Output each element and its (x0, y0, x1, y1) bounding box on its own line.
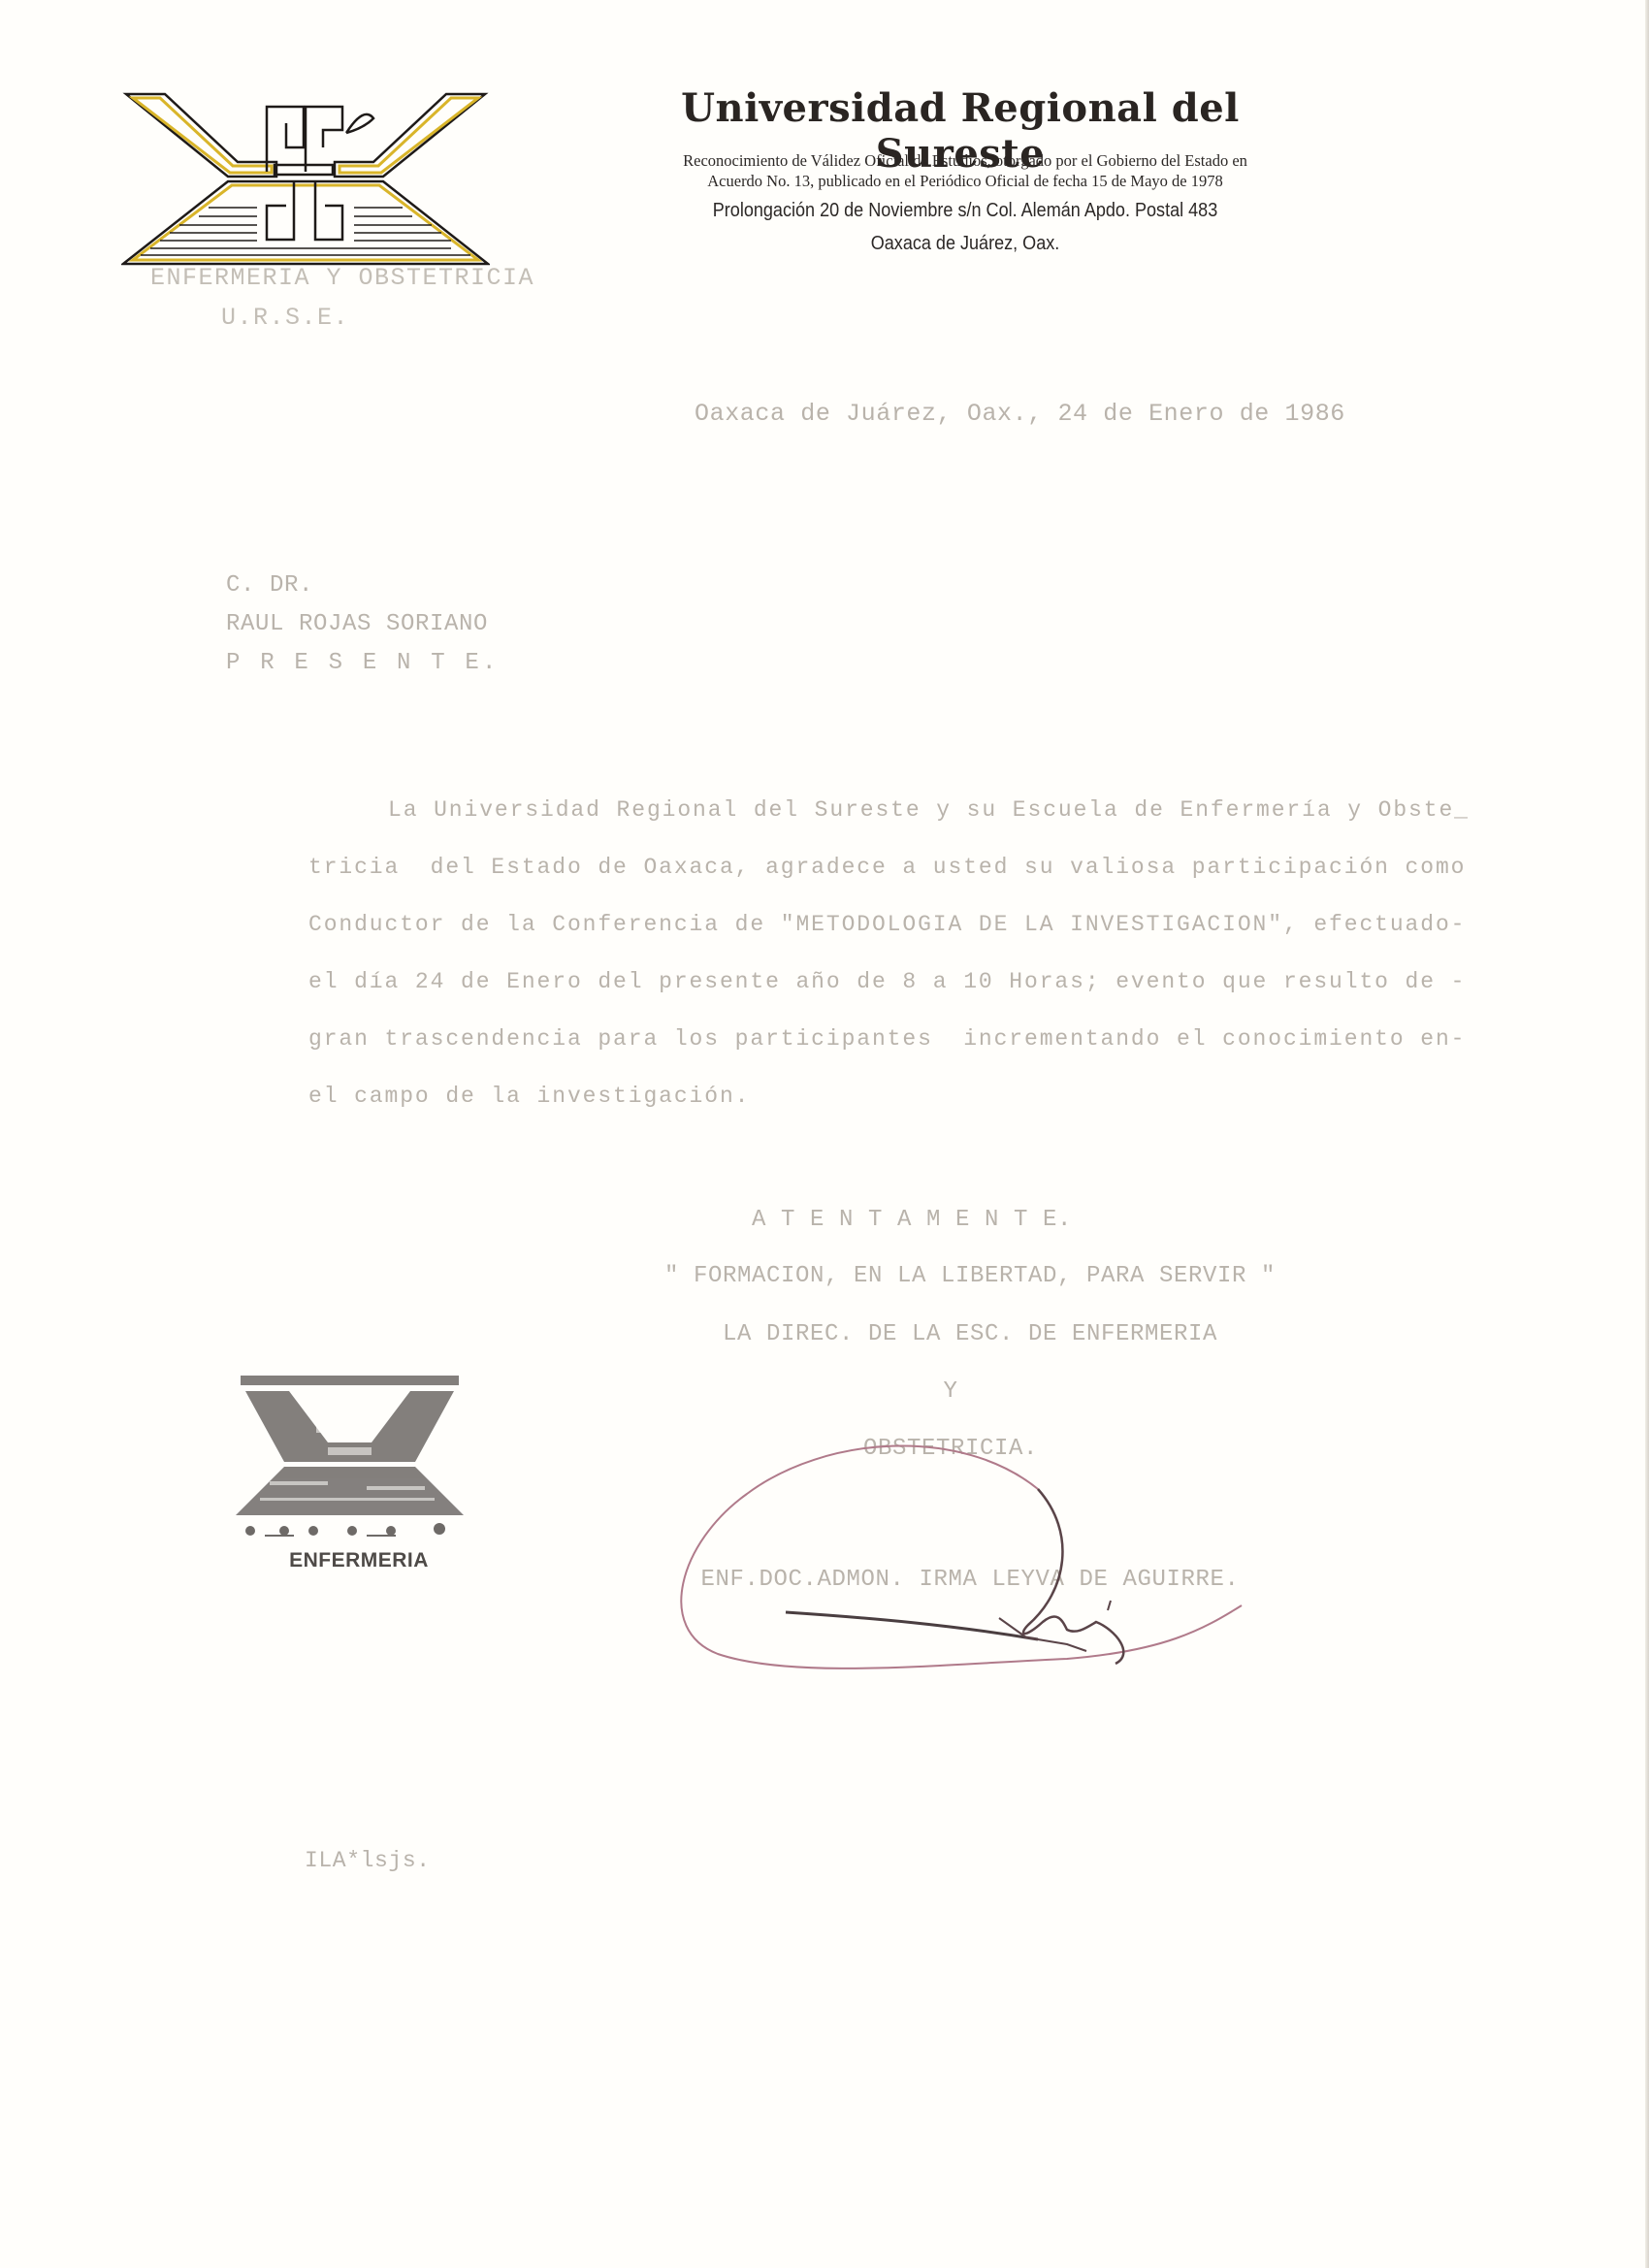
agreement-line: Acuerdo No. 13, publicado en el Periódic… (592, 172, 1339, 191)
valediction: A T E N T A M E N T E. (543, 1207, 1280, 1233)
body-line: gran trascendencia para los participante… (308, 1026, 1466, 1052)
body-line: Conductor de la Conferencia de "METODOLO… (308, 912, 1466, 937)
date-line: Oaxaca de Juárez, Oax., 24 de Enero de 1… (695, 400, 1345, 428)
address-line: Prolongación 20 de Noviembre s/n Col. Al… (636, 199, 1294, 222)
body-line: el día 24 de Enero del presente año de 8… (308, 969, 1466, 994)
body-line: tricia del Estado de Oaxaca, agradece a … (308, 855, 1466, 880)
department-name: ENFERMERIA Y OBSTETRICIA (150, 264, 534, 292)
school-stamp-icon (231, 1370, 469, 1544)
recipient-name: RAUL ROJAS SORIANO (226, 611, 488, 637)
page-edge (1645, 0, 1649, 2268)
motto: " FORMACION, EN LA LIBERTAD, PARA SERVIR… (601, 1263, 1339, 1289)
signature-icon (660, 1397, 1280, 1688)
stamp-label: ENFERMERIA (262, 1549, 456, 1572)
reference-initials: ILA*lsjs. (305, 1848, 431, 1873)
city-line: Oaxaca de Juárez, Oax. (636, 232, 1294, 255)
department-abbreviation: U.R.S.E. (221, 304, 349, 332)
recipient-title: C. DR. (226, 572, 313, 599)
recipient-salutation: P R E S E N T E. (226, 650, 500, 676)
body-line: La Universidad Regional del Sureste y su… (388, 797, 1470, 823)
recognition-line: Reconocimiento de Válidez Oficial de Est… (592, 151, 1339, 171)
office-line: LA DIREC. DE LA ESC. DE ENFERMERIA (601, 1321, 1339, 1347)
university-logo-icon (121, 89, 490, 274)
body-line: el campo de la investigación. (308, 1084, 750, 1109)
